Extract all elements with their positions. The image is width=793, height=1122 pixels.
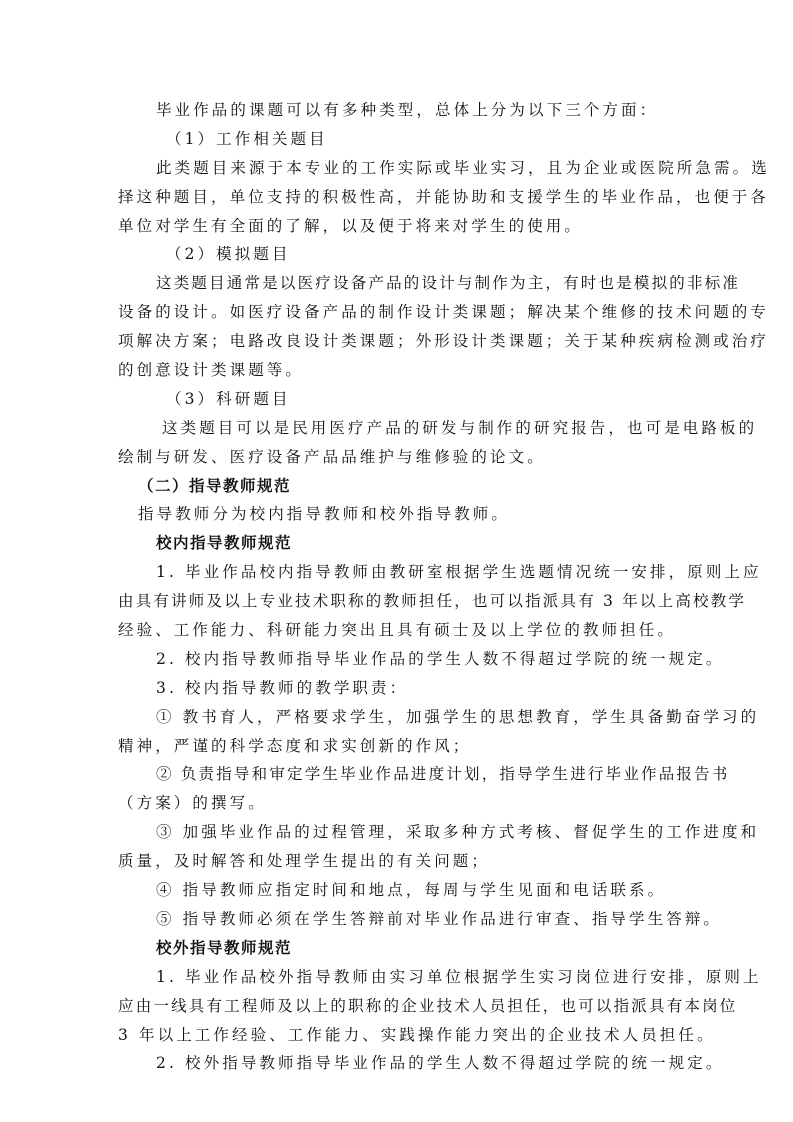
internal-item1-line: 1. 毕业作品校内指导教师由教研室根据学生选题情况统一安排，原则上应 — [118, 558, 690, 587]
topic1-text-line: 此类题目来源于本专业的工作实际或毕业实习，且为企业或医院所急需。选 — [118, 154, 690, 183]
duty-1-line: 精神，严谨的科学态度和求实创新的作风； — [118, 732, 690, 761]
external-item1-line: 应由一线具有工程师及以上的职称的企业技术人员担任，也可以指派具有本岗位 — [118, 992, 690, 1021]
external-item1-line: 1. 毕业作品校外指导教师由实习单位根据学生实习岗位进行安排，原则上 — [118, 963, 690, 992]
intro-paragraph: 毕业作品的课题可以有多种类型，总体上分为以下三个方面： — [118, 96, 690, 125]
section2-heading: （二）指导教师规范 — [118, 472, 690, 501]
internal-item1-line: 经验、工作能力、科研能力突出且具有硕士及以上学位的教师担任。 — [118, 616, 690, 645]
duty-2-line: ② 负责指导和审定学生毕业作品进度计划，指导学生进行毕业作品报告书 — [118, 760, 690, 789]
duty-1-line: ① 教书育人，严格要求学生，加强学生的思想教育，学生具备勤奋学习的 — [118, 703, 690, 732]
topic2-text-line: 设备的设计。如医疗设备产品的制作设计类课题；解决某个维修的技术问题的专 — [118, 298, 690, 327]
topic2-text-line: 这类题目通常是以医疗设备产品的设计与制作为主，有时也是模拟的非标准 — [118, 269, 690, 298]
topic2-text-line: 项解决方案；电路改良设计类课题；外形设计类课题；关于某种疾病检测或治疗 — [118, 327, 690, 356]
topic1-text-line: 择这种题目，单位支持的积极性高，并能协助和支援学生的毕业作品，也便于各 — [118, 183, 690, 212]
external-heading: 校外指导教师规范 — [118, 934, 690, 963]
duty-3-line: 质量，及时解答和处理学生提出的有关问题； — [118, 847, 690, 876]
external-item2: 2. 校外指导教师指导毕业作品的学生人数不得超过学院的统一规定。 — [118, 1049, 690, 1078]
topic2-heading: （2）模拟题目 — [118, 240, 690, 269]
topic3-text-line: 这类题目可以是民用医疗产品的研发与制作的研究报告，也可是电路板的 — [118, 414, 690, 443]
topic1-text-line: 单位对学生有全面的了解，以及便于将来对学生的使用。 — [118, 212, 690, 241]
duty-3-line: ③ 加强毕业作品的过程管理，采取多种方式考核、督促学生的工作进度和 — [118, 818, 690, 847]
topic3-heading: （3）科研题目 — [118, 385, 690, 414]
topic1-heading: （1）工作相关题目 — [118, 125, 690, 154]
external-item1-line: 3 年以上工作经验、工作能力、实践操作能力突出的企业技术人员担任。 — [118, 1021, 690, 1050]
document-page: 毕业作品的课题可以有多种类型，总体上分为以下三个方面： （1）工作相关题目 此类… — [118, 96, 690, 1078]
section2-intro: 指导教师分为校内指导教师和校外指导教师。 — [118, 500, 690, 529]
internal-heading: 校内指导教师规范 — [118, 529, 690, 558]
topic2-text-line: 的创意设计类课题等。 — [118, 356, 690, 385]
topic3-text-line: 绘制与研发、医疗设备产品品维护与维修验的论文。 — [118, 443, 690, 472]
internal-item3: 3. 校内指导教师的教学职责： — [118, 674, 690, 703]
internal-item1-line: 由具有讲师及以上专业技术职称的教师担任，也可以指派具有 3 年以上高校教学 — [118, 587, 690, 616]
duty-2-line: （方案）的撰写。 — [118, 789, 690, 818]
internal-item2: 2. 校内指导教师指导毕业作品的学生人数不得超过学院的统一规定。 — [118, 645, 690, 674]
duty-5: ⑤ 指导教师必须在学生答辩前对毕业作品进行审查、指导学生答辩。 — [118, 905, 690, 934]
duty-4: ④ 指导教师应指定时间和地点，每周与学生见面和电话联系。 — [118, 876, 690, 905]
